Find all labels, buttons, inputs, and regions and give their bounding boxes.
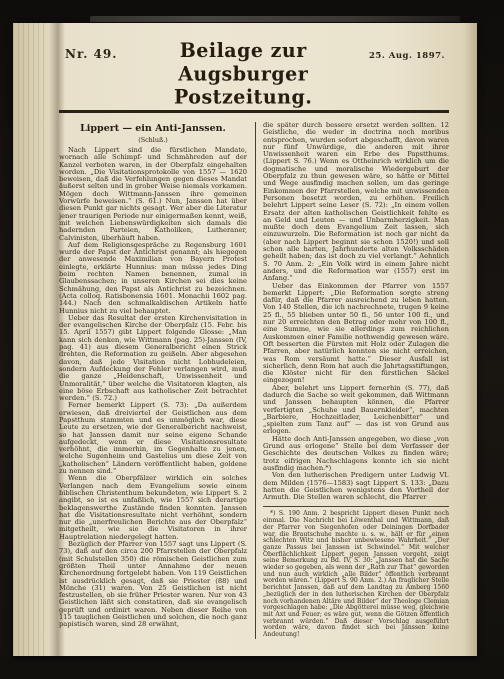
paragraph: Ueber das Einkommen der Pfarrer von 1557… [263, 283, 449, 385]
paragraph: Bezüglich der Pfarrer von 1557 sagt uns … [59, 541, 247, 629]
article-title: Lippert — ein Anti-Janssen. [59, 123, 247, 134]
paragraph: Ueber das Resultat der ersten Kirchenvis… [59, 315, 247, 403]
paragraph: Von den lutherischen Predigern unter Lud… [263, 472, 449, 501]
column-layout: Lippert — ein Anti-Janssen. (Schluß.) Na… [59, 122, 449, 639]
paragraph: Aber, belehrt uns Lippert fernerhin (S. … [263, 385, 449, 436]
stacked-page-edges [13, 23, 47, 656]
footnote: *) S. 190 Anm. 2 bespricht Lippert diese… [263, 511, 449, 638]
paragraph: Wenn die Oberpfälzer wirklich ein solche… [59, 475, 247, 541]
masthead: Nr. 49. Beilage zur Augsburger Postzeitu… [61, 41, 447, 107]
paragraph: die später durch bessere ersetzt werden … [263, 122, 449, 283]
paragraph: Auf dem Religionsgespräche zu Regensburg… [59, 242, 247, 315]
right-column: die später durch bessere ersetzt werden … [263, 122, 449, 639]
issue-number: Nr. 49. [61, 47, 117, 61]
article-subtitle: (Schluß.) [59, 136, 247, 144]
footnote-rule [263, 506, 449, 507]
masthead-rule [59, 110, 449, 113]
newspaper-page: Nr. 49. Beilage zur Augsburger Postzeitu… [13, 23, 477, 656]
page-content: Nr. 49. Beilage zur Augsburger Postzeitu… [59, 41, 449, 642]
left-column: Lippert — ein Anti-Janssen. (Schluß.) Na… [59, 122, 247, 639]
column-divider [255, 122, 256, 639]
newspaper-title: Beilage zur Augsburger Postzeitung. [117, 39, 369, 108]
paragraph: Hätte doch Anti-Janssen angegeben, wo di… [263, 436, 449, 472]
issue-date: 25. Aug. 1897. [369, 51, 447, 61]
paragraph: Nach Lippert sind die fürstlichen Mandat… [59, 147, 247, 242]
paragraph: Ferner bemerkt Lippert (S. 73): „Da auße… [59, 402, 247, 475]
